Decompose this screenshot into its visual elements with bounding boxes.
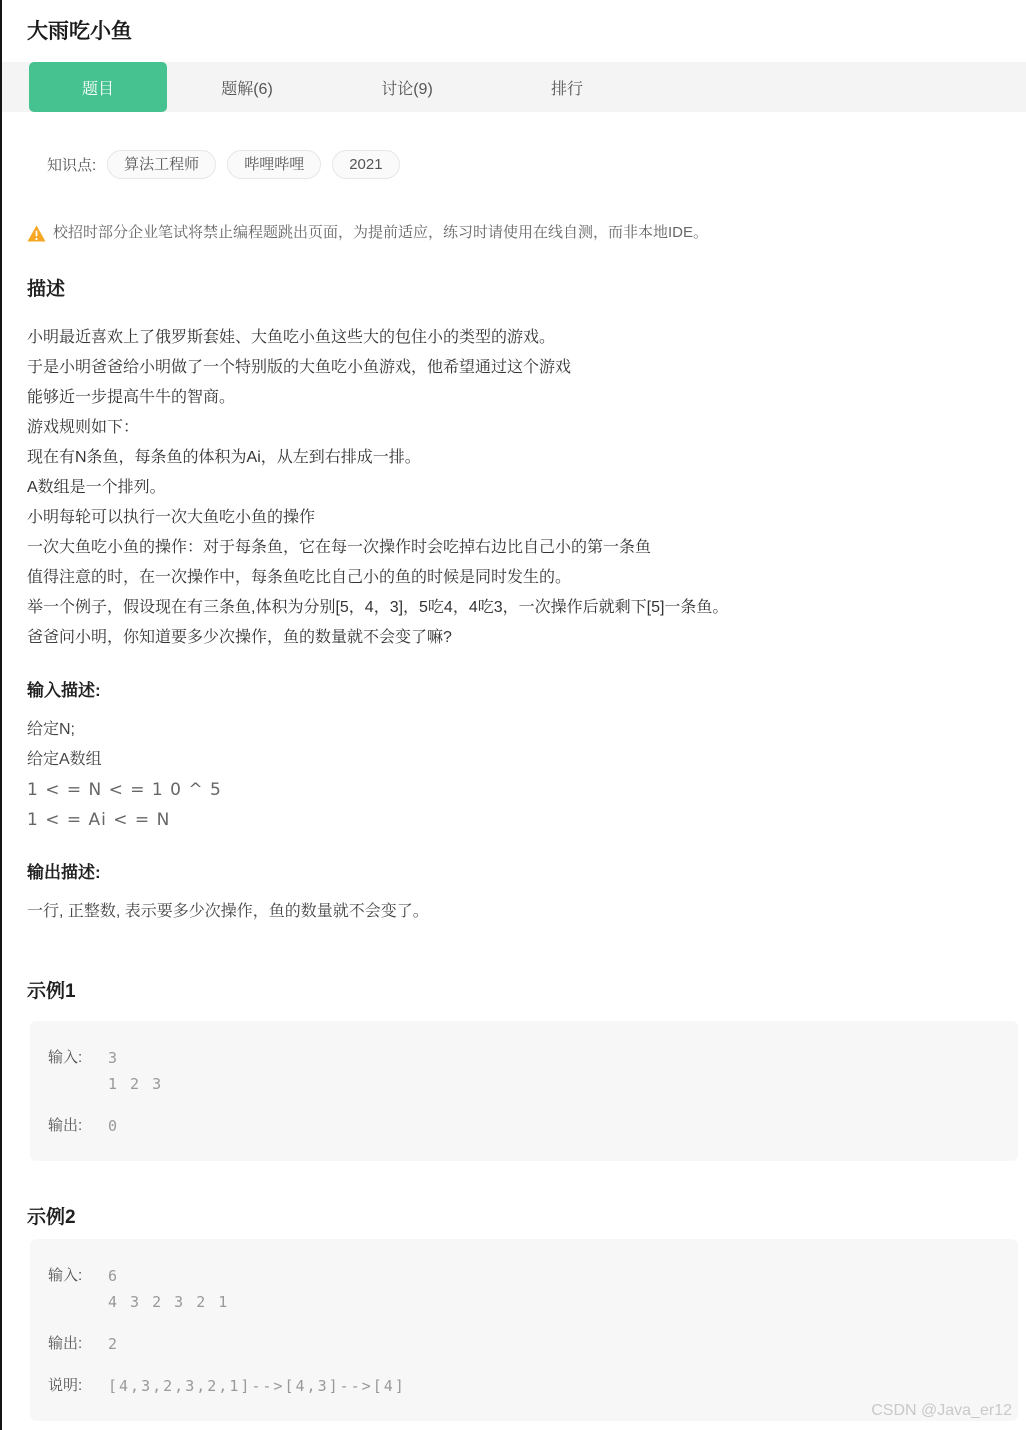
input-desc-line: 给定A数组 — [27, 745, 1026, 775]
output-label: 输出: — [48, 1331, 96, 1357]
description-line: 爸爸问小明，你知道要多少次操作，鱼的数量就不会变了嘛? — [27, 623, 1026, 653]
example1-heading: 示例1 — [27, 981, 1026, 1003]
tag-pill[interactable]: 哔哩哔哩 — [227, 150, 321, 179]
description-line: 举一个例子，假设现在有三条鱼,体积为分别[5，4，3]，5吃4，4吃3，一次操作… — [27, 593, 1026, 623]
example2-explain-row: 说明: [4,3,2,3,2,1]-->[4,3]-->[4] — [48, 1373, 1002, 1399]
tab-solutions[interactable]: 题解(6) — [167, 62, 327, 112]
input-value: 6 4 3 2 3 2 1 — [108, 1263, 229, 1315]
tag-pill[interactable]: 算法工程师 — [107, 150, 216, 179]
description-line: 现在有N条鱼，每条鱼的体积为Ai，从左到右排成一排。 — [27, 443, 1026, 473]
description-heading: 描述 — [27, 279, 1026, 301]
output-value: 0 — [108, 1113, 119, 1139]
page-header: 大雨吃小鱼 — [2, 0, 1026, 62]
input-desc-line: 给定N; — [27, 715, 1026, 745]
description-line: 能够近一步提高牛牛的智商。 — [27, 383, 1026, 413]
explain-label: 说明: — [48, 1373, 96, 1399]
example2-input-row: 输入: 6 4 3 2 3 2 1 — [48, 1263, 1002, 1315]
knowledge-label: 知识点: — [47, 154, 96, 175]
example2-heading: 示例2 — [27, 1207, 1026, 1229]
notice-text: 校招时部分企业笔试将禁止编程题跳出页面，为提前适应，练习时请使用在线自测，而非本… — [53, 223, 708, 243]
tab-bar: 题目 题解(6) 讨论(9) 排行 — [2, 62, 1026, 112]
input-value: 3 1 2 3 — [108, 1045, 163, 1097]
explain-value: [4,3,2,3,2,1]-->[4,3]-->[4] — [108, 1373, 406, 1399]
tab-ranking[interactable]: 排行 — [487, 62, 647, 112]
input-desc-constraint: 1 < = N < = 1 0 ^ 5 — [27, 775, 1026, 805]
input-label: 输入: — [48, 1045, 96, 1097]
input-desc-heading: 输入描述: — [27, 681, 1026, 701]
tab-discussion[interactable]: 讨论(9) — [327, 62, 487, 112]
output-desc-heading: 输出描述: — [27, 863, 1026, 883]
output-label: 输出: — [48, 1113, 96, 1139]
description-line: 值得注意的时，在一次操作中，每条鱼吃比自己小的鱼的时候是同时发生的。 — [27, 563, 1026, 593]
output-value: 2 — [108, 1331, 119, 1357]
notice-row: 校招时部分企业笔试将禁止编程题跳出页面，为提前适应，练习时请使用在线自测，而非本… — [27, 223, 1026, 243]
description-line: 小明每轮可以执行一次大鱼吃小鱼的操作 — [27, 503, 1026, 533]
knowledge-row: 知识点: 算法工程师 哔哩哔哩 2021 — [47, 150, 1026, 179]
example2-output-row: 输出: 2 — [48, 1331, 1002, 1357]
example2-block: 输入: 6 4 3 2 3 2 1 输出: 2 说明: [4,3,2,3,2,1… — [30, 1239, 1018, 1421]
description-line: 一次大鱼吃小鱼的操作：对于每条鱼，它在每一次操作时会吃掉右边比自己小的第一条鱼 — [27, 533, 1026, 563]
watermark: CSDN @Java_er12 — [871, 1402, 1012, 1420]
description-line: A数组是一个排列。 — [27, 473, 1026, 503]
example1-block: 输入: 3 1 2 3 输出: 0 — [30, 1021, 1018, 1161]
description-line: 于是小明爸爸给小明做了一个特别版的大鱼吃小鱼游戏，他希望通过这个游戏 — [27, 353, 1026, 383]
input-desc-body: 给定N; 给定A数组 1 < = N < = 1 0 ^ 5 1 < = Ai … — [27, 715, 1026, 835]
example1-input-row: 输入: 3 1 2 3 — [48, 1045, 1002, 1097]
tag-pill[interactable]: 2021 — [332, 150, 399, 179]
tab-problem[interactable]: 题目 — [29, 62, 167, 112]
input-label: 输入: — [48, 1263, 96, 1315]
output-desc-line: 一行, 正整数, 表示要多少次操作，鱼的数量就不会变了。 — [27, 897, 1026, 927]
input-desc-constraint: 1 < = Ai < = N — [27, 805, 1026, 835]
description-body: 小明最近喜欢上了俄罗斯套娃、大鱼吃小鱼这些大的包住小的类型的游戏。 于是小明爸爸… — [27, 323, 1026, 653]
description-line: 游戏规则如下： — [27, 413, 1026, 443]
warning-icon — [27, 225, 46, 242]
description-line: 小明最近喜欢上了俄罗斯套娃、大鱼吃小鱼这些大的包住小的类型的游戏。 — [27, 323, 1026, 353]
output-desc-body: 一行, 正整数, 表示要多少次操作，鱼的数量就不会变了。 — [27, 897, 1026, 927]
page-title: 大雨吃小鱼 — [27, 18, 1026, 46]
example1-output-row: 输出: 0 — [48, 1113, 1002, 1139]
